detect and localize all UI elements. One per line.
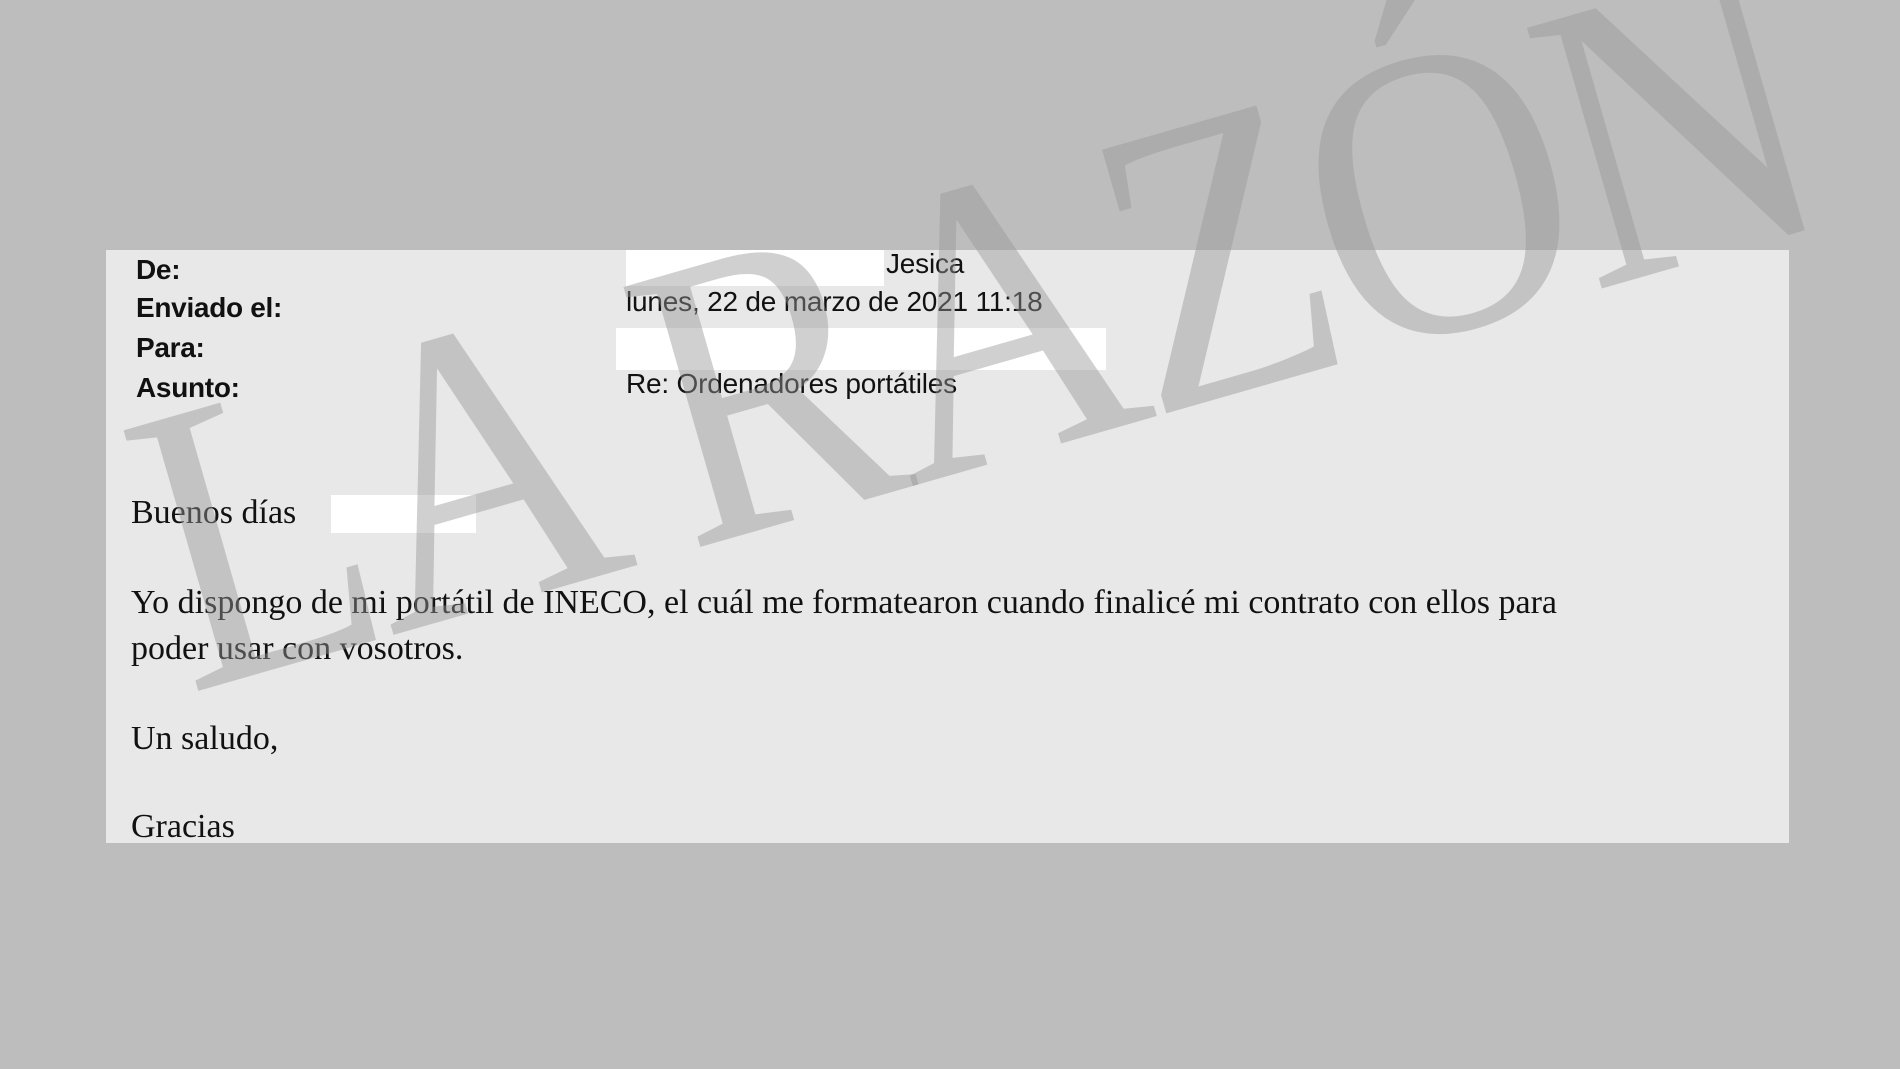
email-card: De: Enviado el: Para: Asunto: Jesica lun…: [106, 250, 1789, 843]
greeting-name-redaction: [331, 495, 476, 533]
signoff: Gracias: [131, 804, 235, 850]
body-paragraph-line-1: Yo dispongo de mi portátil de INECO, el …: [131, 580, 1557, 626]
subject-value: Re: Ordenadores portátiles: [626, 368, 957, 400]
to-label: Para:: [136, 332, 205, 364]
subject-label: Asunto:: [136, 372, 240, 404]
greeting: Buenos días: [131, 490, 296, 536]
recipient-redaction: [616, 328, 1106, 370]
closing: Un saludo,: [131, 716, 278, 762]
from-label: De:: [136, 254, 180, 286]
sent-label: Enviado el:: [136, 292, 282, 324]
sent-value: lunes, 22 de marzo de 2021 11:18: [626, 286, 1043, 318]
body-paragraph-line-2: poder usar con vosotros.: [131, 626, 463, 672]
from-value: Jesica: [886, 248, 964, 280]
sender-redaction: [626, 250, 884, 286]
